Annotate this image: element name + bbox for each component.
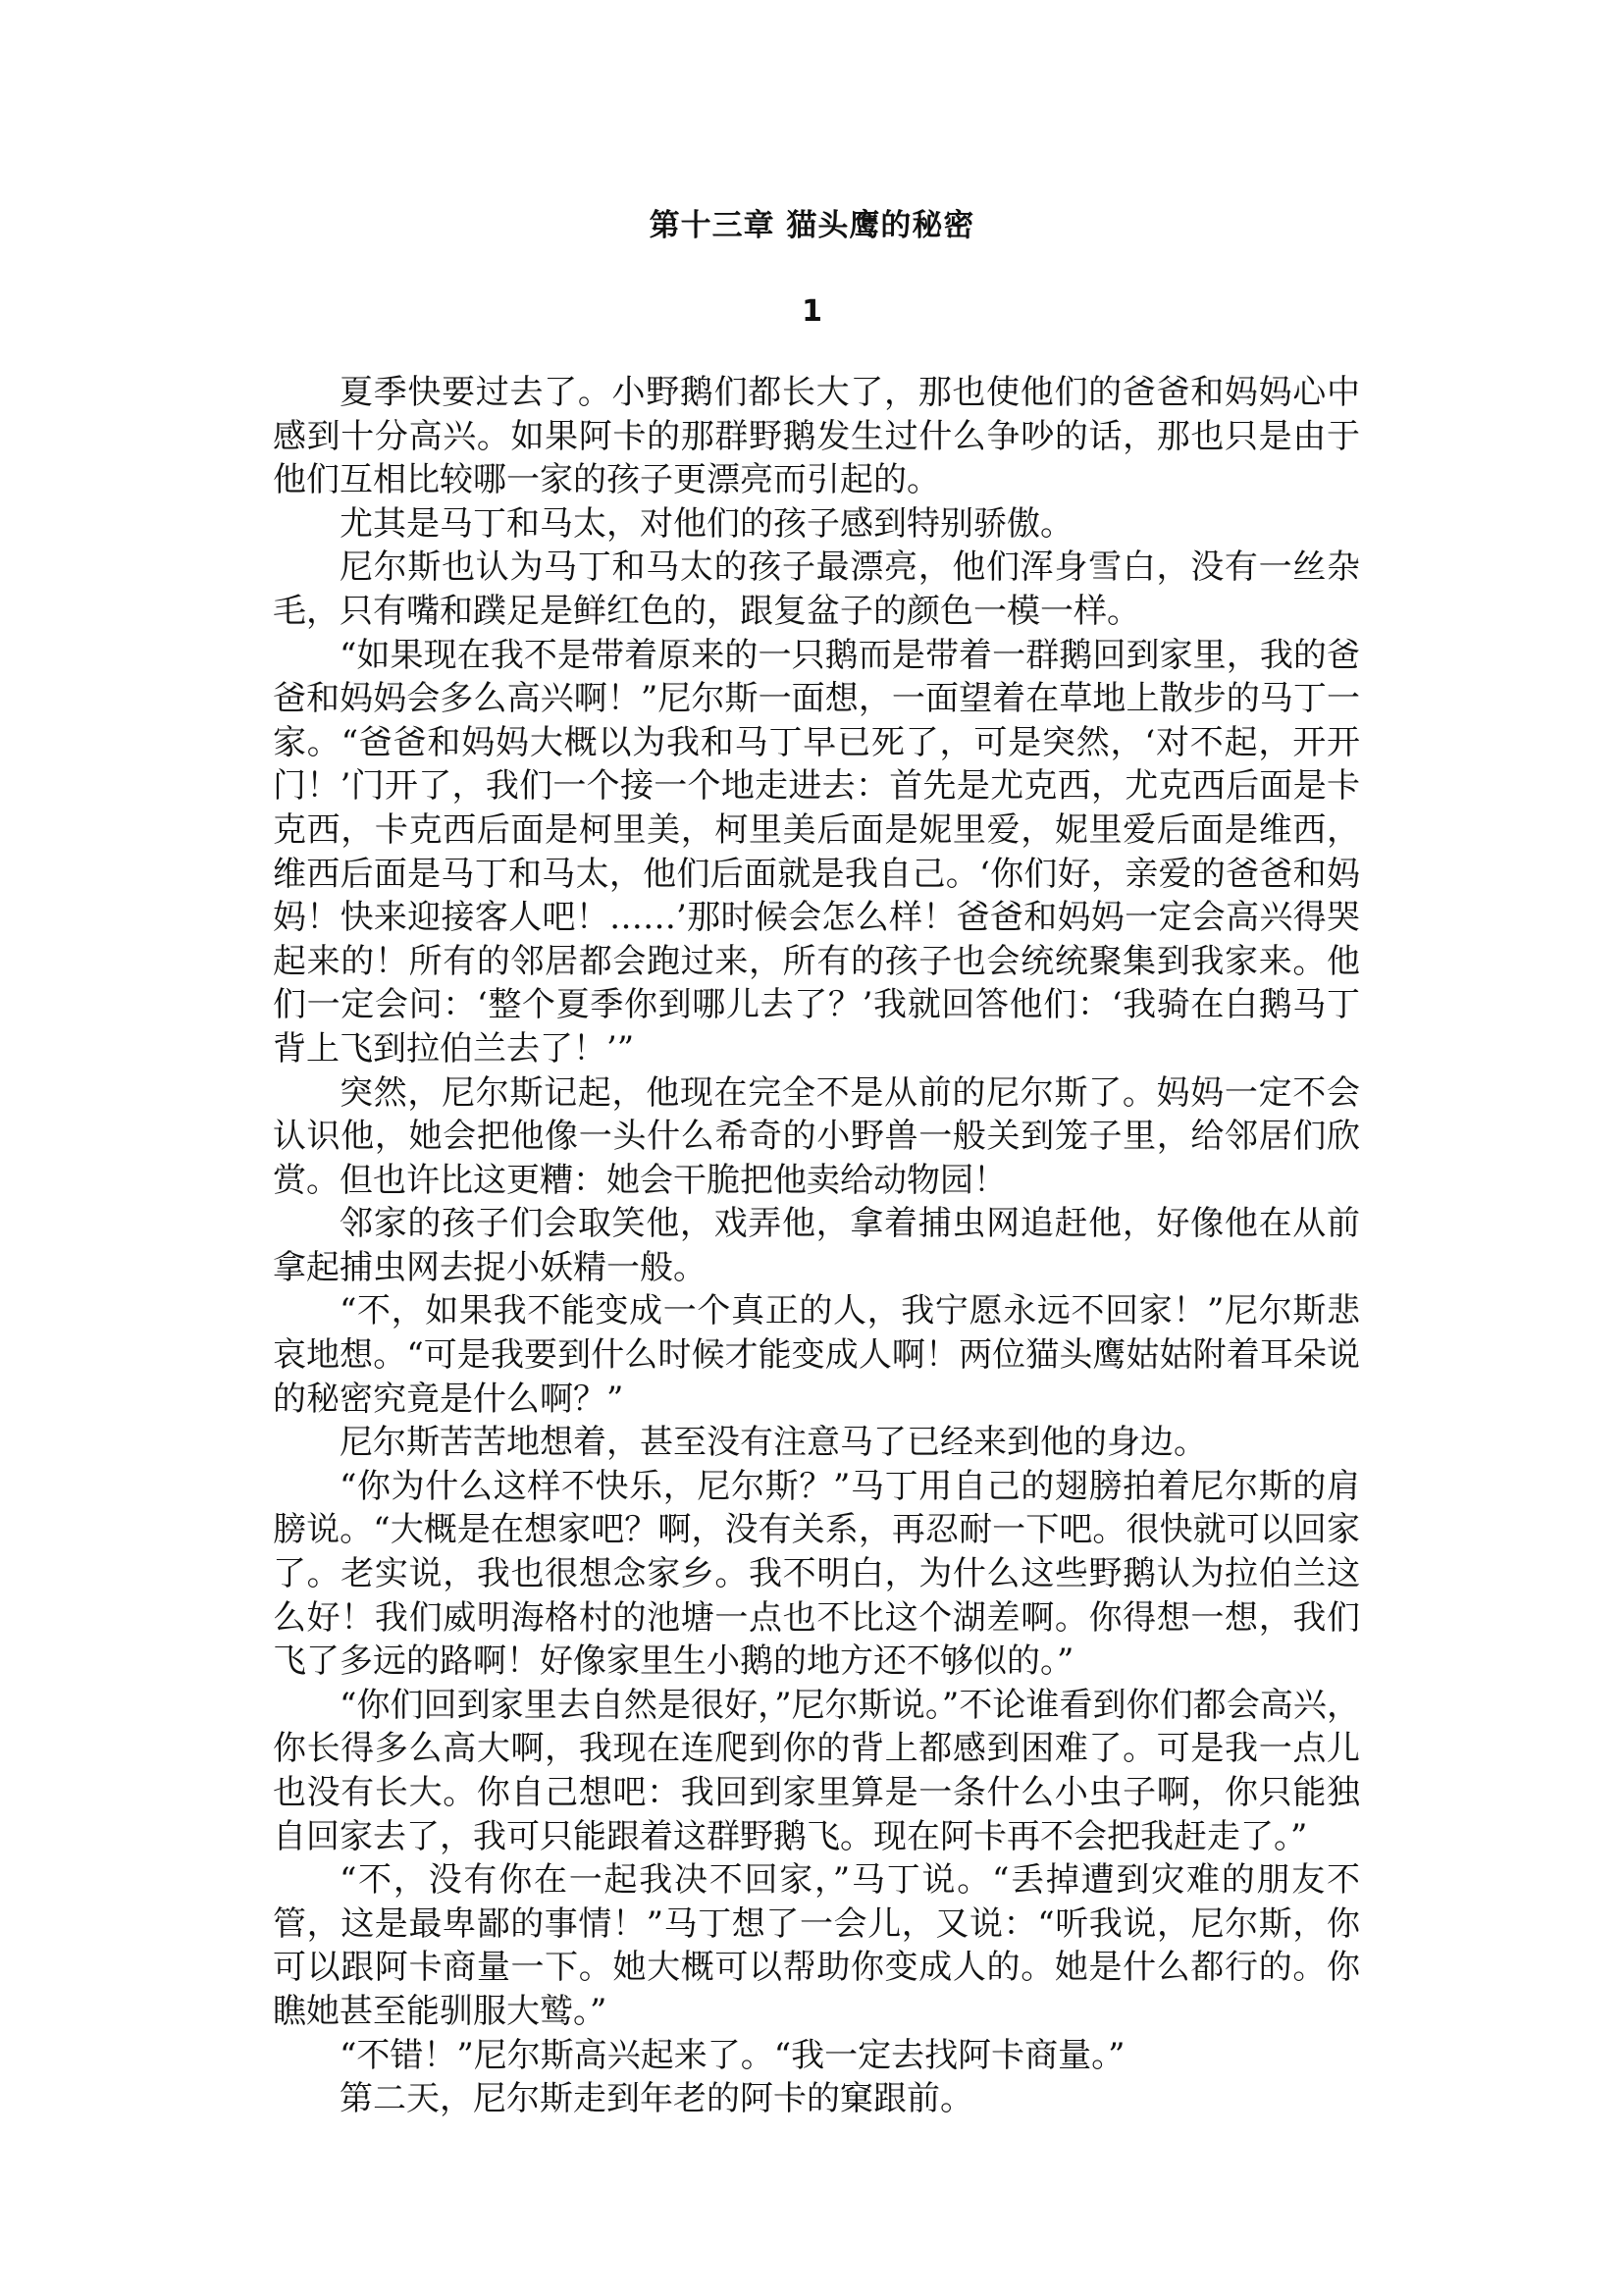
paragraph: “你为什么这样不快乐，尼尔斯？”马丁用自己的翅膀拍着尼尔斯的肩膀说。“大概是在想…: [273, 1465, 1360, 1684]
paragraph: 尤其是马丁和马太，对他们的孩子感到特别骄傲。: [273, 502, 1360, 547]
paragraph: 突然，尼尔斯记起，他现在完全不是从前的尼尔斯了。妈妈一定不会认识他，她会把他像一…: [273, 1071, 1360, 1203]
paragraph: “不，如果我不能变成一个真正的人，我宁愿永远不回家！”尼尔斯悲哀地想。“可是我要…: [273, 1289, 1360, 1421]
paragraph: 尼尔斯也认为马丁和马太的孩子最漂亮，他们浑身雪白，没有一丝杂毛，只有嘴和蹼足是鲜…: [273, 546, 1360, 633]
paragraph: 夏季快要过去了。小野鹅们都长大了，那也使他们的爸爸和妈妈心中感到十分高兴。如果阿…: [273, 371, 1360, 502]
paragraph: “不，没有你在一起我决不回家，”马丁说。“丢掉遭到灾难的朋友不管，这是最卑鄙的事…: [273, 1858, 1360, 2033]
paragraph: “你们回到家里去自然是很好，”尼尔斯说。”不论谁看到你们都会高兴，你长得多么高大…: [273, 1684, 1360, 1858]
paragraph: 第二天，尼尔斯走到年老的阿卡的窠跟前。: [273, 2077, 1360, 2121]
paragraph: 邻家的孩子们会取笑他，戏弄他，拿着捕虫网追赶他，好像他在从前拿起捕虫网去捉小妖精…: [273, 1202, 1360, 1289]
section-number: 1: [0, 294, 1624, 329]
paragraph: 尼尔斯苦苦地想着，甚至没有注意马了已经来到他的身边。: [273, 1421, 1360, 1465]
document-page: 第十三章 猫头鹰的秘密 1 夏季快要过去了。小野鹅们都长大了，那也使他们的爸爸和…: [0, 0, 1624, 2294]
chapter-title: 第十三章 猫头鹰的秘密: [0, 200, 1624, 244]
paragraph: “如果现在我不是带着原来的一只鹅而是带着一群鹅回到家里，我的爸爸和妈妈会多么高兴…: [273, 634, 1360, 1071]
chapter-body: 夏季快要过去了。小野鹅们都长大了，那也使他们的爸爸和妈妈心中感到十分高兴。如果阿…: [273, 371, 1360, 2121]
paragraph: “不错！”尼尔斯高兴起来了。“我一定去找阿卡商量。”: [273, 2034, 1360, 2078]
